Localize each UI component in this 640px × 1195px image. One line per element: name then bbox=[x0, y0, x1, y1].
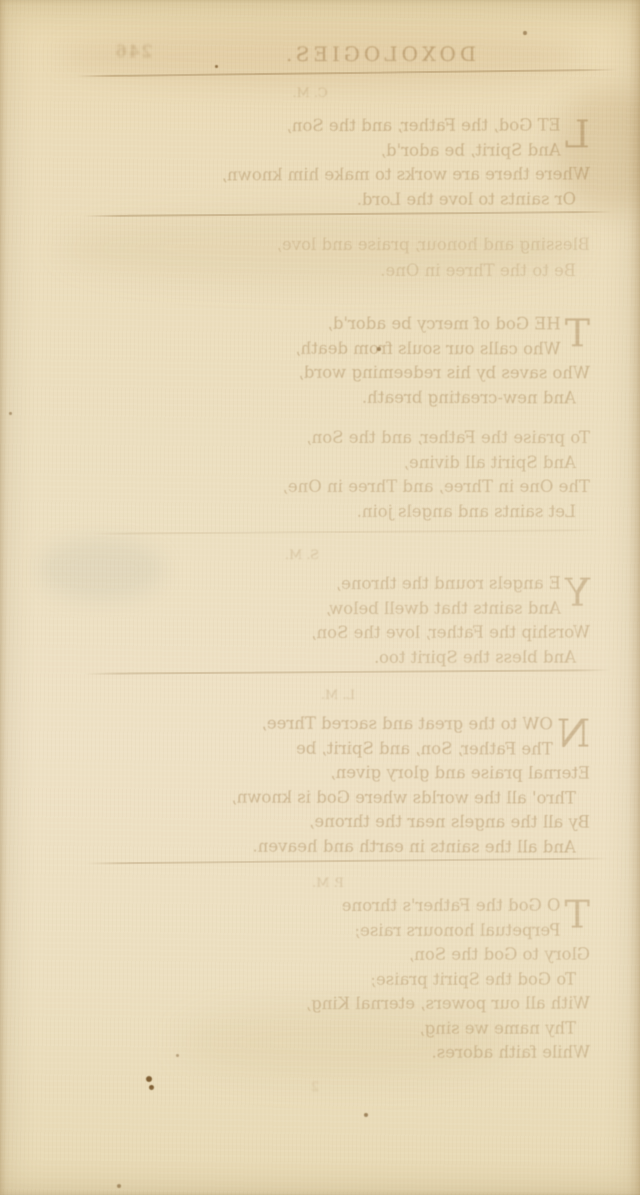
stanza-bleed: Blessing and honour, praise and love,Be … bbox=[168, 232, 590, 284]
stanza-line: OW to the great and sacred Three, bbox=[138, 711, 590, 737]
stanza-line: By all the angels near the throne, bbox=[138, 809, 590, 835]
page-number-bleed: 246 bbox=[104, 42, 162, 62]
stanza-line: To God the Spirit praise; bbox=[158, 967, 590, 992]
stanza-bleed: NOW to the great and sacred Three,The Fa… bbox=[138, 711, 590, 859]
stanza-line: While faith adores. bbox=[158, 1041, 590, 1066]
stanza-bleed: To praise the Father, and the Son,And Sp… bbox=[158, 426, 590, 524]
ink-speck bbox=[117, 1184, 121, 1188]
ink-speck bbox=[176, 1054, 179, 1057]
stanza-line: The Father, Son, and Spirit, be bbox=[138, 736, 590, 762]
drop-cap: L bbox=[561, 113, 590, 152]
stanza-line: The One in Three, and Three in One, bbox=[158, 475, 590, 500]
stanza-line: Or saints to love the Lord. bbox=[158, 187, 590, 213]
stanza-bleed: YE angels round the throne,And saints th… bbox=[158, 572, 590, 671]
stanza-line: And Spirit, be ador'd, bbox=[158, 138, 590, 164]
meter-heading-bleed: L. M. bbox=[298, 688, 378, 703]
ink-speck bbox=[9, 412, 12, 415]
ink-speck bbox=[377, 347, 381, 351]
header-rule bbox=[76, 69, 618, 78]
stanza-line: Glory to God the Son, bbox=[158, 943, 590, 968]
stanza-line: And new-creating breath. bbox=[158, 385, 590, 410]
stanza-bleed: TO God the Father's thronePerpetual hono… bbox=[158, 894, 590, 1066]
signature-mark-bleed: 2 bbox=[298, 1080, 332, 1095]
stanza-line: Who saves by his redeeming word, bbox=[158, 361, 590, 386]
stanza-line: Who calls our souls from death, bbox=[158, 336, 590, 361]
stanza-line: Be to the Three in One. bbox=[168, 258, 590, 284]
ink-speck bbox=[364, 1113, 368, 1117]
stanza-line: ET God, the Father, and the Son, bbox=[158, 113, 590, 139]
ink-speck bbox=[146, 1076, 152, 1082]
stanza-line: With all our powers, eternal King, bbox=[158, 992, 590, 1017]
stanza-line: And Spirit all divine, bbox=[158, 451, 590, 476]
stanza-line: Thy name we sing, bbox=[158, 1016, 590, 1041]
running-title-bleed: DOXOLOGIES. bbox=[276, 42, 482, 66]
drop-cap: T bbox=[560, 894, 589, 933]
meter-heading-bleed: P. M. bbox=[288, 876, 368, 891]
stanza-line: And saints that dwell below, bbox=[158, 596, 590, 621]
drop-cap: T bbox=[561, 312, 590, 351]
meter-heading-bleed: C. M. bbox=[270, 86, 350, 101]
stanza-line: Eternal praise and glory given, bbox=[138, 760, 590, 786]
stanza-line: And bless the Spirit too. bbox=[158, 645, 590, 670]
stanza-line: And all the saints in earth and heaven. bbox=[138, 834, 590, 860]
drop-cap: Y bbox=[561, 572, 590, 611]
stanza-line: Blessing and honour, praise and love, bbox=[168, 232, 590, 258]
stanza-line: Perpetual honours raise; bbox=[158, 918, 590, 943]
stanza-line: O God the Father's throne bbox=[158, 894, 590, 919]
stanza-line: Where there are works to make him known, bbox=[158, 162, 590, 188]
stanza-line: Let saints and angels join. bbox=[158, 500, 590, 525]
stanza-bleed: LET God, the Father, and the Son,And Spi… bbox=[158, 113, 590, 212]
stanza-line: Thro' all the worlds where God is known, bbox=[138, 785, 590, 811]
ink-speck bbox=[149, 1085, 154, 1090]
scanned-page: 246 DOXOLOGIES. C. M. LET God, the Fathe… bbox=[0, 0, 640, 1195]
stanza-line: To praise the Father, and the Son, bbox=[158, 426, 590, 451]
drop-cap: N bbox=[553, 712, 590, 751]
stanza-line: E angels round the throne, bbox=[158, 572, 590, 597]
stanza-line: Worship the Father, love the Son, bbox=[158, 621, 590, 646]
section-rule bbox=[92, 529, 600, 535]
stain bbox=[38, 538, 163, 600]
meter-heading-bleed: S. M. bbox=[262, 548, 342, 563]
ink-speck bbox=[523, 31, 527, 35]
stanza-line: HE God of mercy be ador'd, bbox=[158, 312, 590, 337]
stanza-bleed: THE God of mercy be ador'd,Who calls our… bbox=[158, 312, 590, 411]
ink-speck bbox=[215, 65, 218, 68]
